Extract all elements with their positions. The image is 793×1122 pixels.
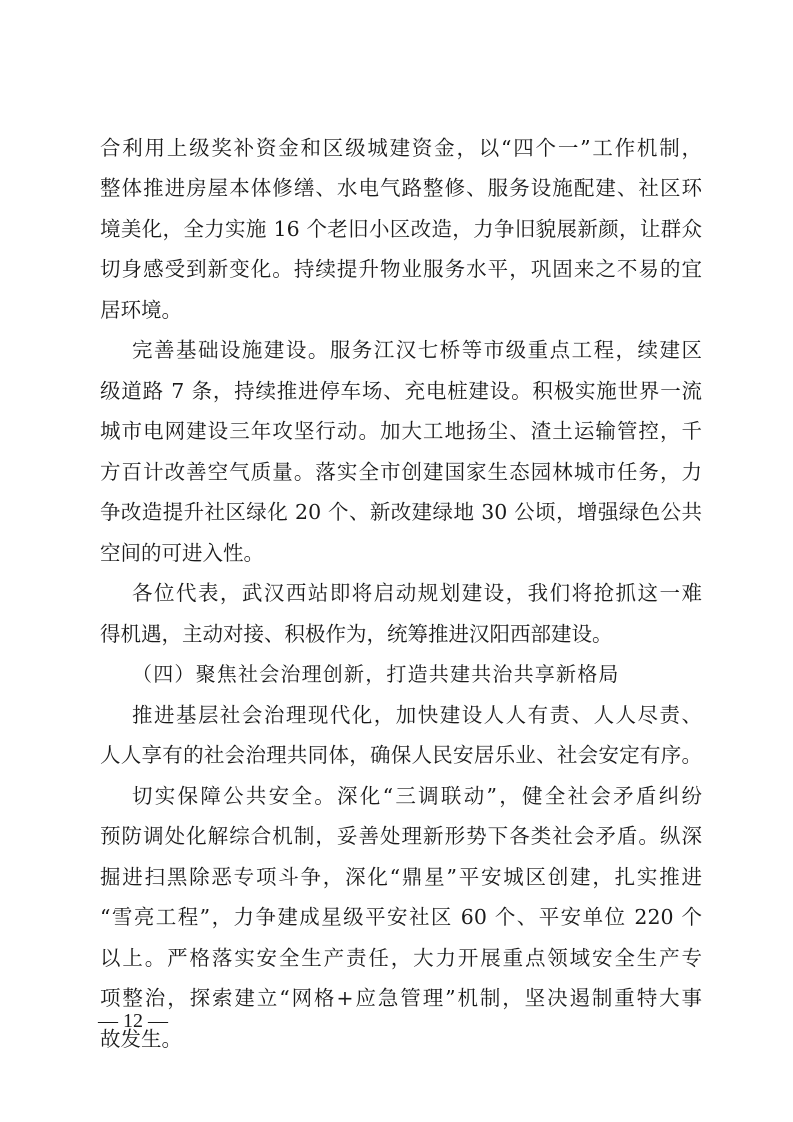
paragraph-line: 争改造提升社区绿化 20 个、新改建绿地 30 公顷，增强绿色公共 [100,492,702,532]
paragraph-line: 掘进扫黑除恶专项斗争，深化“鼎星”平安城区创建，扎实推进 [100,857,702,897]
paragraph-line: 合利用上级奖补资金和区级城建资金，以“四个一”工作机制， [100,128,702,168]
paragraph-line: “雪亮工程”，力争建成星级平安社区 60 个、平安单位 220 个 [100,897,702,937]
paragraph-line: 切身感受到新变化。持续提升物业服务水平，巩固来之不易的宜 [100,249,702,289]
paragraph-first-line: 完善基础设施建设。服务江汉七桥等市级重点工程，续建区 [132,330,702,370]
paragraph-line: 整体推进房屋本体修缮、水电气路整修、服务设施配建、社区环 [100,168,702,208]
paragraph-line: 预防调处化解综合机制，妥善处理新形势下各类社会矛盾。纵深 [100,816,702,856]
paragraph-line: 以上。严格落实安全生产责任，大力开展重点领域安全生产专 [100,938,702,978]
paragraph-line: 方百计改善空气质量。落实全市创建国家生态园林城市任务，力 [100,452,702,492]
paragraph-first-line: 切实保障公共安全。深化“三调联动”，健全社会矛盾纠纷 [132,776,702,816]
section-heading: （四）聚焦社会治理创新，打造共建共治共享新格局 [132,654,702,694]
page-number: — 12 — [98,1010,168,1033]
paragraph-line: 级道路 7 条，持续推进停车场、充电桩建设。积极实施世界一流 [100,371,702,411]
paragraph-line: 人人享有的社会治理共同体，确保人民安居乐业、社会安定有序。 [100,735,702,775]
document-page: 合利用上级奖补资金和区级城建资金，以“四个一”工作机制， 整体推进房屋本体修缮、… [0,0,793,1122]
paragraph-line: 项整治，探索建立“网格+应急管理”机制，坚决遏制重特大事 [100,978,702,1018]
paragraph-line: 居环境。 [100,290,702,330]
paragraph-first-line: 推进基层社会治理现代化，加快建设人人有责、人人尽责、 [132,695,702,735]
paragraph-line: 故发生。 [100,1019,702,1059]
paragraph-line: 空间的可进入性。 [100,533,702,573]
paragraph-line: 境美化，全力实施 16 个老旧小区改造，力争旧貌展新颜，让群众 [100,209,702,249]
paragraph-first-line: 各位代表，武汉西站即将启动规划建设，我们将抢抓这一难 [132,573,702,613]
paragraph-line: 得机遇，主动对接、积极作为，统筹推进汉阳西部建设。 [100,614,702,654]
paragraph-line: 城市电网建设三年攻坚行动。加大工地扬尘、渣土运输管控，千 [100,411,702,451]
